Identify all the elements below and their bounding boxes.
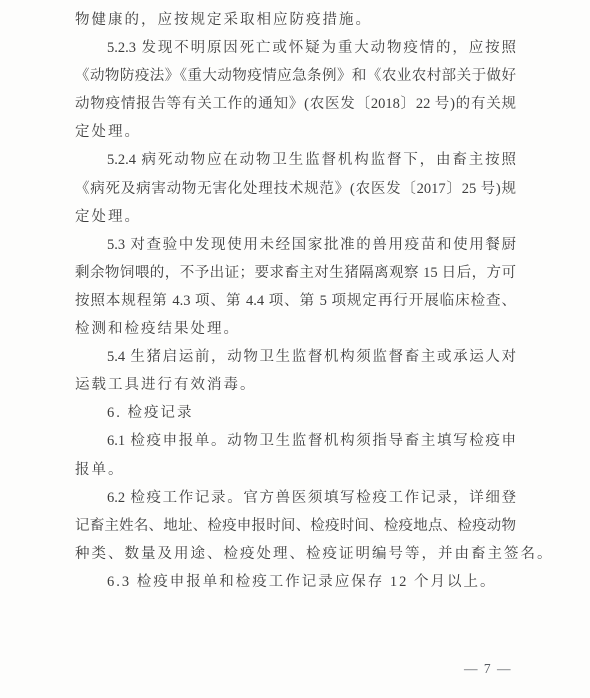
doc-line: 记畜主姓名、地址、检疫申报时间、检疫时间、检疫地点、检疫动物 [75, 512, 516, 540]
doc-line-section-5-2-4: 5.2.4 病死动物应在动物卫生监督机构监督下，由畜主按照 [75, 146, 516, 174]
doc-line: 种类、数量及用途、检疫处理、检疫证明编号等，并由畜主签名。 [75, 540, 516, 568]
doc-line-section-5-3: 5.3 对查验中发现使用未经国家批准的兽用疫苗和使用餐厨 [75, 231, 516, 259]
doc-line-section-6-2: 6.2 检疫工作记录。官方兽医须填写检疫工作记录，详细登 [75, 484, 516, 512]
doc-line: 按照本规程第 4.3 项、第 4.4 项、第 5 项规定再行开展临床检查、 [75, 287, 516, 315]
doc-line: 运载工具进行有效消毒。 [75, 371, 516, 399]
doc-line: 《动物防疫法》《重大动物疫情应急条例》和《农业农村部关于做好 [75, 62, 516, 90]
doc-line-section-6-1: 6.1 检疫申报单。动物卫生监督机构须指导畜主填写检疫申 [75, 427, 516, 455]
doc-line-section-6-3: 6.3 检疫申报单和检疫工作记录应保存 12 个月以上。 [75, 568, 516, 596]
doc-line-section-6-heading: 6. 检疫记录 [75, 399, 516, 427]
doc-line: 定处理。 [75, 118, 516, 146]
doc-line: 剩余物饲喂的，不予出证；要求畜主对生猪隔离观察 15 日后，方可 [75, 259, 516, 287]
doc-line: 报单。 [75, 456, 516, 484]
page-number: — 7 — [464, 661, 512, 677]
doc-line-section-5-4: 5.4 生猪启运前，动物卫生监督机构须监督畜主或承运人对 [75, 343, 516, 371]
doc-line-section-5-2-3: 5.2.3 发现不明原因死亡或怀疑为重大动物疫情的，应按照 [75, 34, 516, 62]
document-body: 物健康的，应按规定采取相应防疫措施。 5.2.3 发现不明原因死亡或怀疑为重大动… [75, 6, 516, 596]
doc-line: 检测和检疫结果处理。 [75, 315, 516, 343]
doc-line: 物健康的，应按规定采取相应防疫措施。 [75, 6, 516, 34]
doc-line: 《病死及病害动物无害化处理技术规范》(农医发〔2017〕25 号)规 [75, 175, 516, 203]
doc-line: 动物疫情报告等有关工作的通知》(农医发〔2018〕22 号)的有关规 [75, 90, 516, 118]
document-page: 物健康的，应按规定采取相应防疫措施。 5.2.3 发现不明原因死亡或怀疑为重大动… [0, 0, 590, 698]
doc-line: 定处理。 [75, 203, 516, 231]
